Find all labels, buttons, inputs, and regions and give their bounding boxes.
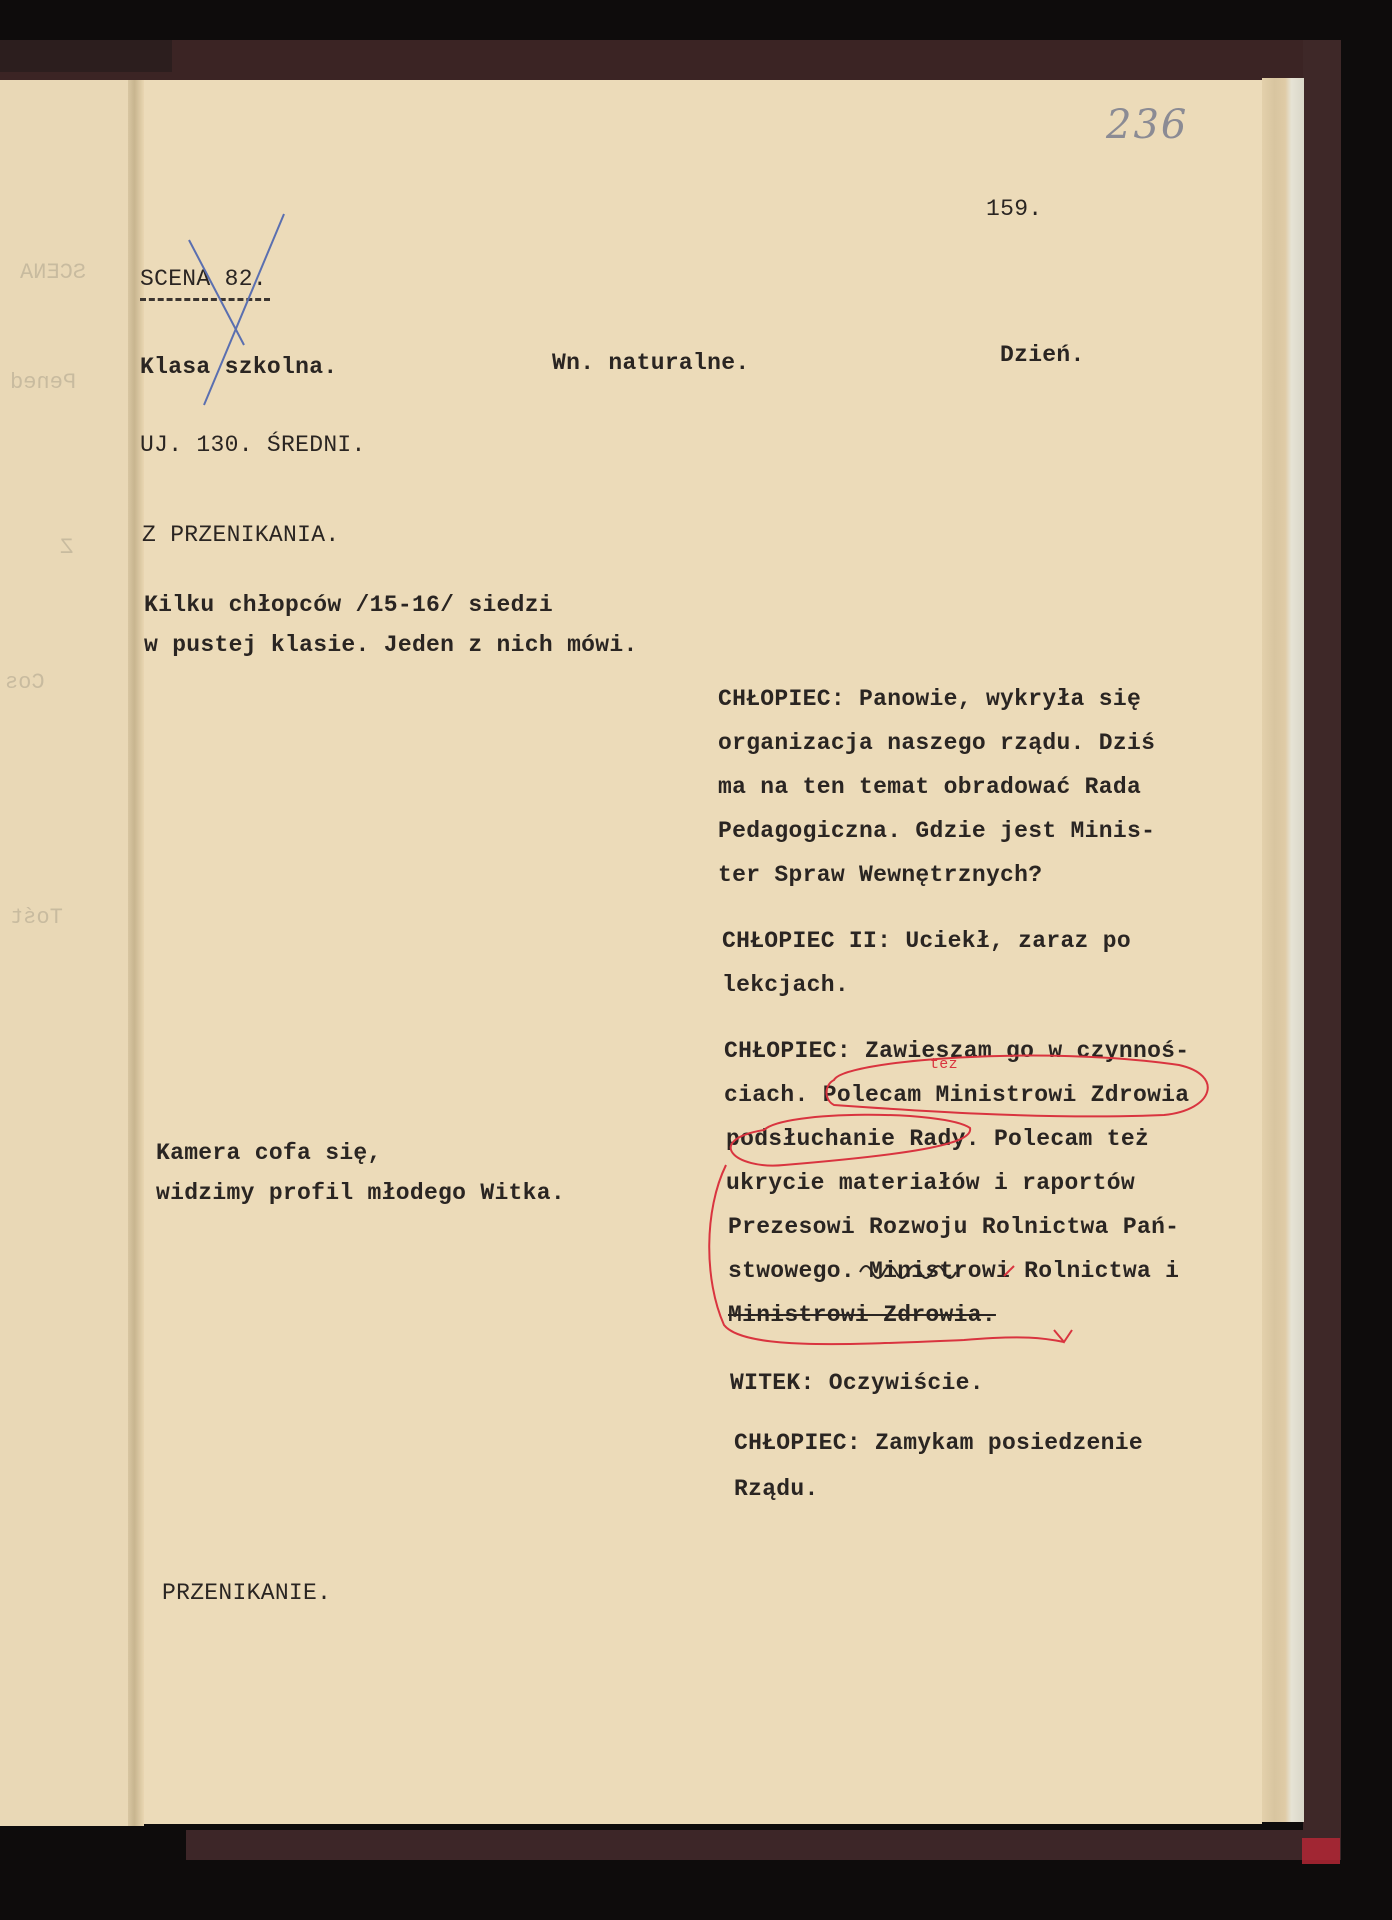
bleed-through-text: Pened — [10, 370, 76, 395]
book-cover-top-edge — [0, 40, 1340, 82]
page-edges — [1262, 78, 1304, 1822]
cover-corner-mark — [1302, 1838, 1340, 1864]
book-cover-bottom-edge — [186, 1830, 1341, 1860]
blue-x-mark-icon — [189, 214, 284, 405]
bleed-through-text: Z — [60, 535, 73, 560]
bleed-through-text: SCENA — [20, 260, 86, 285]
pen-annotations — [144, 80, 1262, 1824]
book-cover-right-edge — [1303, 40, 1341, 1830]
left-page: SCENA Pened Z Cos Tośt — [0, 80, 142, 1826]
bleed-through-text: Tośt — [10, 905, 63, 930]
bleed-through-text: Cos — [5, 670, 45, 695]
scribble-strike-icon — [860, 1266, 956, 1278]
red-circle-annotation-icon — [709, 1056, 1207, 1345]
script-page: 236 159. SCENA 82. Klasa szkolna. Wn. na… — [144, 80, 1262, 1824]
book-gutter — [128, 80, 144, 1826]
book-spine-top — [0, 40, 172, 72]
